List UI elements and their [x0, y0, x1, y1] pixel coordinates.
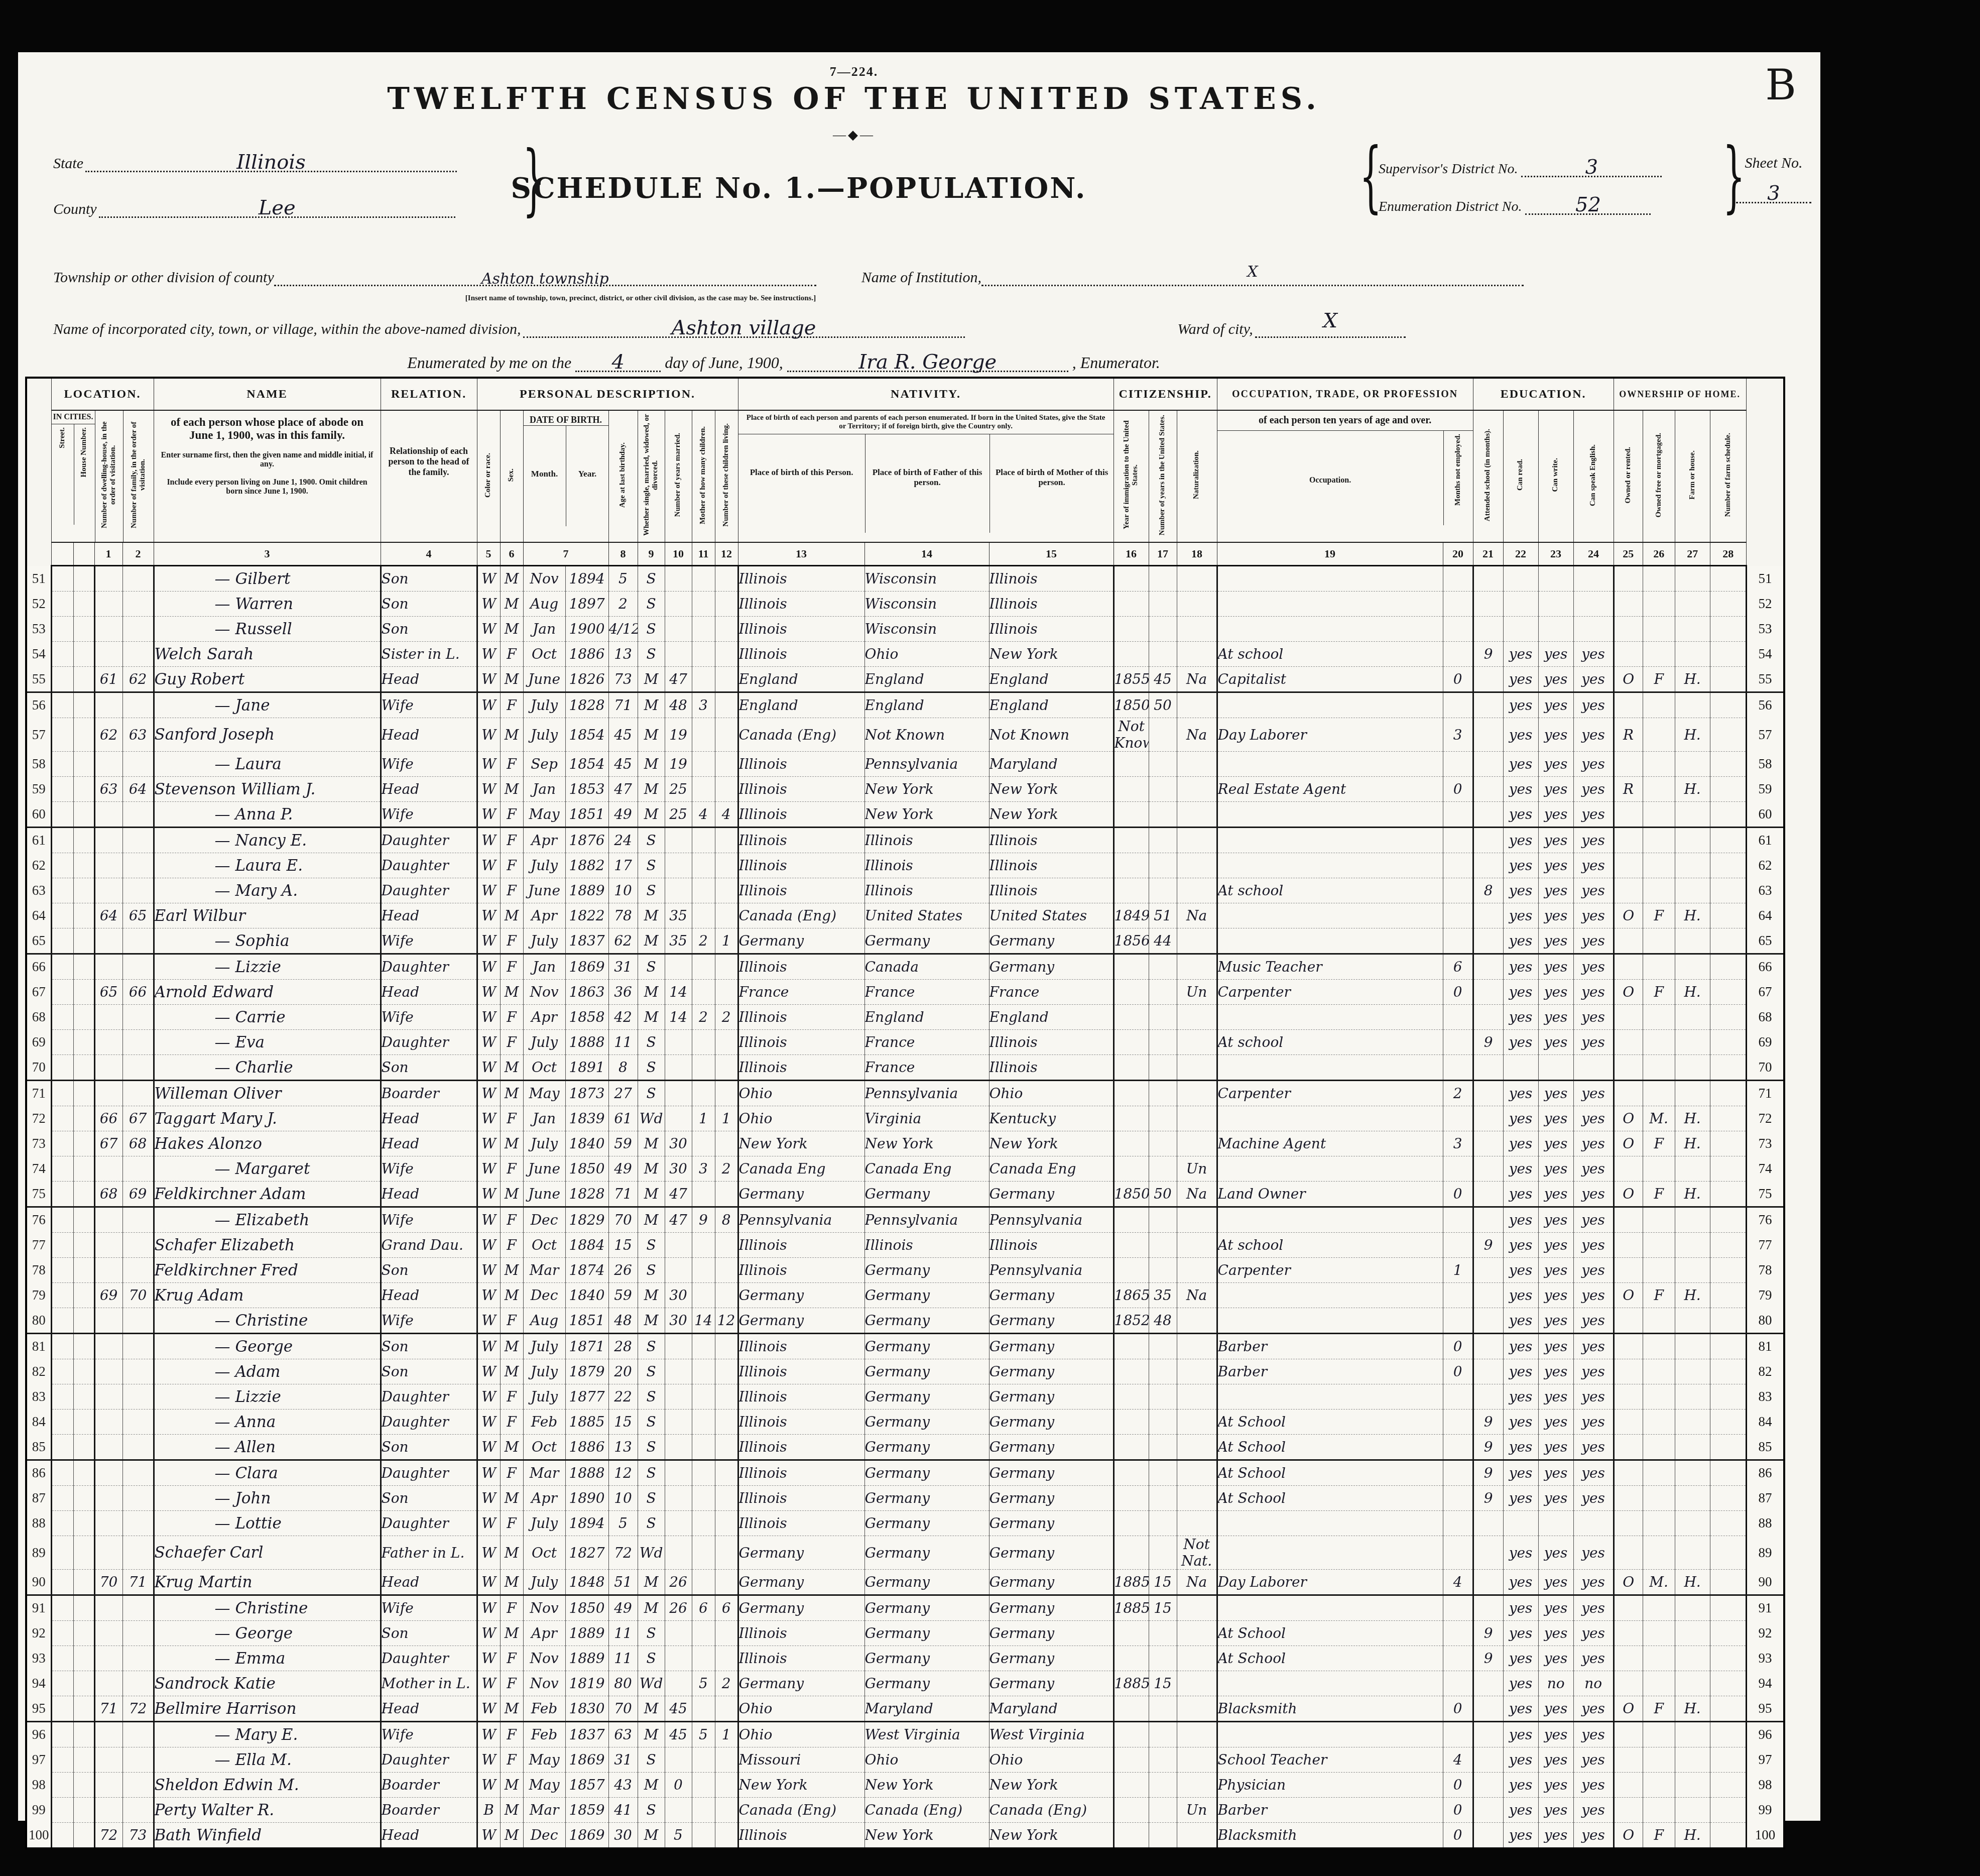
cell-street — [51, 667, 73, 692]
cell-own — [1614, 1410, 1643, 1435]
cell-yus: 35 — [1149, 1283, 1177, 1308]
cell-mo: June — [523, 1182, 565, 1207]
section-personal-description: PERSONAL DESCRIPTION. — [477, 378, 738, 410]
state-label: State — [53, 155, 83, 172]
cell-sex: F — [500, 853, 523, 878]
cell-mtg — [1643, 954, 1675, 980]
cell-nat: Na — [1177, 1570, 1217, 1595]
cell-sex: M — [500, 1798, 523, 1823]
cell-pm: Canada (Eng) — [989, 1798, 1113, 1823]
cell-sch — [1473, 1156, 1503, 1182]
cell-name: Earl Wilbur — [154, 903, 381, 928]
cell-house-number — [73, 1823, 94, 1849]
mother-of-children-column-label: Mother of how many children. — [692, 410, 715, 542]
cell-color: W — [477, 980, 500, 1005]
cell-rel: Head — [381, 1696, 477, 1722]
cell-house-number — [73, 1511, 94, 1536]
cell-name: Sheldon Edwin M. — [154, 1773, 381, 1798]
cell-house-number — [73, 954, 94, 980]
cell-mar: S — [638, 1435, 665, 1460]
cell-occ — [1217, 1536, 1443, 1570]
cell-mtg: F — [1643, 1823, 1675, 1849]
row-number-left: 68 — [26, 1005, 51, 1030]
cell-fh — [1675, 1536, 1710, 1570]
cell-sex: F — [500, 1030, 523, 1055]
cell-mo: Aug — [523, 592, 565, 617]
cell-pm: Germany — [989, 1671, 1113, 1696]
cell-ym — [665, 1055, 692, 1081]
cell-street — [51, 592, 73, 617]
cell-rel: Son — [381, 1258, 477, 1283]
cell-nat — [1177, 1030, 1217, 1055]
cell-cl — [715, 1798, 738, 1823]
cell-own — [1614, 1536, 1643, 1570]
cell-mtg: F — [1643, 1131, 1675, 1156]
cell-en: yes — [1573, 1233, 1614, 1258]
table-row: 80— ChristineWifeWFAug185148M301412Germa… — [26, 1308, 1784, 1334]
cell-house-number — [73, 1106, 94, 1131]
cell-name: — George — [154, 1334, 381, 1359]
cell-mne — [1443, 1646, 1473, 1671]
cell-nat — [1177, 777, 1217, 802]
cell-wr: yes — [1538, 1030, 1573, 1055]
cell-dw — [94, 928, 122, 954]
cell-own — [1614, 566, 1643, 592]
cell-mtg — [1643, 1595, 1675, 1621]
cell-age: 31 — [608, 1747, 638, 1773]
cell-color: W — [477, 1536, 500, 1570]
cell-rd: yes — [1503, 954, 1538, 980]
cell-fh — [1675, 642, 1710, 667]
city-label: Name of incorporated city, town, or vill… — [53, 321, 521, 337]
cell-pf: Illinois — [864, 853, 989, 878]
cell-age: 30 — [608, 1823, 638, 1849]
cell-age: 70 — [608, 1207, 638, 1233]
cell-mo: Apr — [523, 1486, 565, 1511]
cell-mtg — [1643, 1621, 1675, 1646]
cell-sch: 9 — [1473, 1233, 1503, 1258]
cell-en: yes — [1573, 1621, 1614, 1646]
cell-occ — [1217, 566, 1443, 592]
cell-ym: 35 — [665, 928, 692, 954]
cell-fsn — [1710, 1308, 1746, 1334]
cell-name: Arnold Edward — [154, 980, 381, 1005]
cell-house-number — [73, 1359, 94, 1384]
cell-pob: Illinois — [738, 1359, 864, 1384]
table-row: 60— Anna P.WifeWFMay185149M2544IllinoisN… — [26, 802, 1784, 828]
cell-fam — [122, 592, 154, 617]
cell-rel: Head — [381, 903, 477, 928]
cell-sex: F — [500, 1595, 523, 1621]
col-num-3: 3 — [154, 542, 381, 566]
cell-pm: England — [989, 1005, 1113, 1030]
row-number-left: 77 — [26, 1233, 51, 1258]
cell-fsn — [1710, 1536, 1746, 1570]
cell-house-number — [73, 1798, 94, 1823]
cell-pf: Maryland — [864, 1696, 989, 1722]
enumerated-line: Enumerated by me on the 4 day of June, 1… — [249, 347, 1318, 372]
cell-sch — [1473, 1308, 1503, 1334]
cell-pm: Germany — [989, 1182, 1113, 1207]
cell-pf: Wisconsin — [864, 617, 989, 642]
cell-pf: Germany — [864, 1359, 989, 1384]
cell-occ — [1217, 853, 1443, 878]
cell-name: — Russell — [154, 617, 381, 642]
cell-wr: yes — [1538, 1486, 1573, 1511]
cell-sex: F — [500, 692, 523, 718]
cell-wr — [1538, 592, 1573, 617]
cell-occ: Machine Agent — [1217, 1131, 1443, 1156]
cell-pm: Illinois — [989, 1233, 1113, 1258]
cell-age: 61 — [608, 1106, 638, 1131]
cell-yus — [1149, 1435, 1177, 1460]
cell-pm: Germany — [989, 1646, 1113, 1671]
row-number-left: 60 — [26, 802, 51, 828]
enumerated-day-value: 4 — [611, 350, 624, 374]
cell-fh — [1675, 1410, 1710, 1435]
cell-ym — [665, 1106, 692, 1131]
cell-en: yes — [1573, 1106, 1614, 1131]
table-row: 596364Stevenson William J.HeadWMJan18534… — [26, 777, 1784, 802]
cell-house-number — [73, 1005, 94, 1030]
cell-nat — [1177, 1410, 1217, 1435]
cell-pob: Illinois — [738, 1621, 864, 1646]
form-number: 7—224. — [18, 64, 1690, 79]
cell-pob: Illinois — [738, 592, 864, 617]
cell-imm — [1113, 1081, 1149, 1106]
cell-age: 80 — [608, 1671, 638, 1696]
cell-mc — [692, 1823, 715, 1849]
cell-mc — [692, 718, 715, 752]
cell-age: 45 — [608, 752, 638, 777]
cell-rel: Daughter — [381, 1511, 477, 1536]
cell-fam: 67 — [122, 1106, 154, 1131]
cell-rd — [1503, 592, 1538, 617]
enumeration-district-value: 52 — [1575, 193, 1601, 216]
col-num-27: 27 — [1675, 542, 1710, 566]
row-number-left: 59 — [26, 777, 51, 802]
cell-pf: New York — [864, 1823, 989, 1849]
cell-pf: Germany — [864, 1536, 989, 1570]
cell-own: O — [1614, 1131, 1643, 1156]
cell-fsn — [1710, 1621, 1746, 1646]
cell-ym — [665, 1460, 692, 1486]
cell-imm: 1850 — [1113, 692, 1149, 718]
cell-imm — [1113, 1410, 1149, 1435]
cell-sch: 9 — [1473, 1460, 1503, 1486]
cell-en: yes — [1573, 928, 1614, 954]
cell-pf: Germany — [864, 1258, 989, 1283]
row-number-right: 63 — [1746, 878, 1784, 903]
cell-pf: New York — [864, 802, 989, 828]
cell-yus — [1149, 802, 1177, 828]
cell-name: — Warren — [154, 592, 381, 617]
cell-yus — [1149, 1081, 1177, 1106]
cell-pm: Illinois — [989, 828, 1113, 853]
cell-rd: yes — [1503, 1460, 1538, 1486]
cell-yr: 1897 — [565, 592, 608, 617]
cell-rd: yes — [1503, 1359, 1538, 1384]
cell-wr: yes — [1538, 1359, 1573, 1384]
cell-age: 11 — [608, 1621, 638, 1646]
cell-cl — [715, 1747, 738, 1773]
cell-street — [51, 1798, 73, 1823]
cell-sch — [1473, 1081, 1503, 1106]
cell-street — [51, 1696, 73, 1722]
cell-mtg — [1643, 1671, 1675, 1696]
cell-sex: F — [500, 1460, 523, 1486]
cell-wr — [1538, 566, 1573, 592]
cell-wr: yes — [1538, 1646, 1573, 1671]
col-num-10: 10 — [665, 542, 692, 566]
cell-name: — Lottie — [154, 1511, 381, 1536]
cell-en: yes — [1573, 1722, 1614, 1747]
cell-cl — [715, 1055, 738, 1081]
cell-imm — [1113, 802, 1149, 828]
cell-en: yes — [1573, 1435, 1614, 1460]
cell-nat — [1177, 1258, 1217, 1283]
cell-yr: 1851 — [565, 802, 608, 828]
cell-rd: yes — [1503, 878, 1538, 903]
cell-age: 59 — [608, 1131, 638, 1156]
cell-rel: Head — [381, 718, 477, 752]
cell-street — [51, 1747, 73, 1773]
cell-sch — [1473, 617, 1503, 642]
cell-name: Guy Robert — [154, 667, 381, 692]
cell-yus: 48 — [1149, 1308, 1177, 1334]
cell-mtg — [1643, 1410, 1675, 1435]
table-row: 92— GeorgeSonWMApr188911SIllinoisGermany… — [26, 1621, 1784, 1646]
cell-cl — [715, 1258, 738, 1283]
cell-imm — [1113, 1696, 1149, 1722]
cell-ym: 5 — [665, 1823, 692, 1849]
cell-fam — [122, 642, 154, 667]
cell-rel: Wife — [381, 928, 477, 954]
cell-imm — [1113, 642, 1149, 667]
cell-mne — [1443, 642, 1473, 667]
cell-pob: Missouri — [738, 1747, 864, 1773]
cell-wr: yes — [1538, 1156, 1573, 1182]
cell-yus — [1149, 1384, 1177, 1410]
cell-color: W — [477, 1570, 500, 1595]
cell-en: yes — [1573, 1005, 1614, 1030]
cell-cl — [715, 667, 738, 692]
table-row: 646465Earl WilburHeadWMApr182278M35Canad… — [26, 903, 1784, 928]
row-number-left: 97 — [26, 1747, 51, 1773]
row-number-right: 52 — [1746, 592, 1784, 617]
cell-rel: Son — [381, 1435, 477, 1460]
cell-name: — Elizabeth — [154, 1207, 381, 1233]
cell-pob: Canada (Eng) — [738, 1798, 864, 1823]
cell-dw — [94, 1156, 122, 1182]
cell-fh — [1675, 1646, 1710, 1671]
cell-imm: 1850 — [1113, 1182, 1149, 1207]
cell-pf: New York — [864, 1773, 989, 1798]
cell-dw: 64 — [94, 903, 122, 928]
cell-yus: 51 — [1149, 903, 1177, 928]
section-education: EDUCATION. — [1473, 378, 1614, 410]
cell-pm: New York — [989, 1823, 1113, 1849]
cell-cl: 6 — [715, 1595, 738, 1621]
ward-value: X — [1323, 309, 1337, 332]
cell-house-number — [73, 1435, 94, 1460]
cell-sch — [1473, 1334, 1503, 1359]
cell-street — [51, 1410, 73, 1435]
cell-fsn — [1710, 1182, 1746, 1207]
cell-fsn — [1710, 1696, 1746, 1722]
cell-occ: Day Laborer — [1217, 1570, 1443, 1595]
table-row: 96— Mary E.WifeWFFeb183763M4551OhioWest … — [26, 1722, 1784, 1747]
cell-mtg — [1643, 617, 1675, 642]
cell-own — [1614, 1055, 1643, 1081]
in-cities-group: IN CITIES. Street. House Number. — [52, 411, 95, 542]
cell-name: Feldkirchner Adam — [154, 1182, 381, 1207]
table-row: 87— JohnSonWMApr189010SIllinoisGermanyGe… — [26, 1486, 1784, 1511]
cell-fam: 72 — [122, 1696, 154, 1722]
column-label-row: IN CITIES. Street. House Number. Number … — [26, 410, 1784, 542]
cell-nat — [1177, 1081, 1217, 1106]
cell-occ: Carpenter — [1217, 1258, 1443, 1283]
cell-street — [51, 1334, 73, 1359]
cell-fh — [1675, 1798, 1710, 1823]
cell-sex: M — [500, 1570, 523, 1595]
cell-occ: At School — [1217, 1486, 1443, 1511]
cell-yr: 1850 — [565, 1595, 608, 1621]
cell-yus — [1149, 1773, 1177, 1798]
cell-fam — [122, 1233, 154, 1258]
cell-fsn — [1710, 1646, 1746, 1671]
cell-mc — [692, 1055, 715, 1081]
cell-mar: M — [638, 1005, 665, 1030]
cell-occ: School Teacher — [1217, 1747, 1443, 1773]
cell-cl — [715, 1131, 738, 1156]
cell-imm — [1113, 853, 1149, 878]
cell-rd: yes — [1503, 718, 1538, 752]
cell-mne: 0 — [1443, 1334, 1473, 1359]
cell-ym — [665, 1646, 692, 1671]
cell-pob: Illinois — [738, 1258, 864, 1283]
cell-street — [51, 1595, 73, 1621]
cell-rd: yes — [1503, 1283, 1538, 1308]
cell-wr — [1538, 617, 1573, 642]
table-row: 71Willeman OliverBoarderWMMay187327SOhio… — [26, 1081, 1784, 1106]
cell-fsn — [1710, 1722, 1746, 1747]
row-number-left: 51 — [26, 566, 51, 592]
cell-nat: Na — [1177, 1283, 1217, 1308]
cell-street — [51, 1005, 73, 1030]
cell-ym — [665, 1486, 692, 1511]
cell-en: yes — [1573, 828, 1614, 853]
cell-age: 5 — [608, 1511, 638, 1536]
table-row: 85— AllenSonWMOct188613SIllinoisGermanyG… — [26, 1435, 1784, 1460]
cell-cl: 12 — [715, 1308, 738, 1334]
sheet-number-label: Sheet No. — [1731, 155, 1816, 172]
cell-mc — [692, 1486, 715, 1511]
cell-mo: Dec — [523, 1283, 565, 1308]
cell-mc — [692, 566, 715, 592]
cell-dw — [94, 1595, 122, 1621]
cell-mne — [1443, 1511, 1473, 1536]
cell-fsn — [1710, 1207, 1746, 1233]
cell-rel: Son — [381, 566, 477, 592]
cell-house-number — [73, 617, 94, 642]
cell-mtg — [1643, 1646, 1675, 1671]
cell-pm: New York — [989, 1131, 1113, 1156]
cell-yr: 1876 — [565, 828, 608, 853]
cell-cl — [715, 1233, 738, 1258]
cell-pob: Illinois — [738, 802, 864, 828]
cell-fsn — [1710, 1486, 1746, 1511]
row-number-left: 70 — [26, 1055, 51, 1081]
sheet-number-block: Sheet No. 3 — [1731, 155, 1816, 203]
cell-name: — Christine — [154, 1595, 381, 1621]
cell-imm — [1113, 1005, 1149, 1030]
cell-imm: 1852 — [1113, 1308, 1149, 1334]
cell-yus — [1149, 1460, 1177, 1486]
cell-mne — [1443, 1460, 1473, 1486]
table-row: 68— CarrieWifeWFApr185842M1422IllinoisEn… — [26, 1005, 1784, 1030]
cell-mtg — [1643, 1081, 1675, 1106]
row-number-left: 72 — [26, 1106, 51, 1131]
cell-wr: yes — [1538, 853, 1573, 878]
cell-pm: Maryland — [989, 752, 1113, 777]
cell-dw — [94, 617, 122, 642]
cell-occ: Barber — [1217, 1798, 1443, 1823]
cell-rel: Head — [381, 1182, 477, 1207]
supervisor-district-row: Supervisor's District No. 3 — [1379, 153, 1730, 177]
table-row: 93— EmmaDaughterWFNov188911SIllinoisGerm… — [26, 1646, 1784, 1671]
cell-yr: 1863 — [565, 980, 608, 1005]
cell-house-number — [73, 1595, 94, 1621]
col-num-26: 26 — [1643, 542, 1675, 566]
cell-ym: 30 — [665, 1131, 692, 1156]
cell-pf: West Virginia — [864, 1722, 989, 1747]
cell-color: W — [477, 1671, 500, 1696]
cell-pob: Illinois — [738, 617, 864, 642]
cell-yus: 50 — [1149, 1182, 1177, 1207]
cell-house-number — [73, 878, 94, 903]
township-field: Ashton township — [274, 267, 816, 286]
cell-mc: 3 — [692, 692, 715, 718]
table-row: 84— AnnaDaughterWFFeb188515SIllinoisGerm… — [26, 1410, 1784, 1435]
cell-yr: 1888 — [565, 1030, 608, 1055]
cell-rel: Daughter — [381, 1646, 477, 1671]
cell-age: 70 — [608, 1696, 638, 1722]
cell-en: yes — [1573, 692, 1614, 718]
row-number-right: 78 — [1746, 1258, 1784, 1283]
cell-ym — [665, 1511, 692, 1536]
cell-mar: Wd — [638, 1536, 665, 1570]
cell-dw — [94, 1511, 122, 1536]
brace: { — [1359, 131, 1382, 221]
cell-mne — [1443, 878, 1473, 903]
cell-sex: M — [500, 566, 523, 592]
cell-nat — [1177, 1384, 1217, 1410]
cell-fsn — [1710, 1435, 1746, 1460]
enumerated-prefix: Enumerated by me on the — [407, 354, 571, 372]
cell-mne: 0 — [1443, 1798, 1473, 1823]
cell-en: yes — [1573, 752, 1614, 777]
cell-mne — [1443, 1410, 1473, 1435]
col-num-1: 1 — [94, 542, 122, 566]
table-row: 556162Guy RobertHeadWMJune182673M47Engla… — [26, 667, 1784, 692]
location-sublabels: IN CITIES. Street. House Number. Number … — [51, 410, 154, 542]
cell-pob: England — [738, 667, 864, 692]
cell-age: 42 — [608, 1005, 638, 1030]
cell-own — [1614, 617, 1643, 642]
cell-pob: Illinois — [738, 954, 864, 980]
cell-yr: 1900 — [565, 617, 608, 642]
